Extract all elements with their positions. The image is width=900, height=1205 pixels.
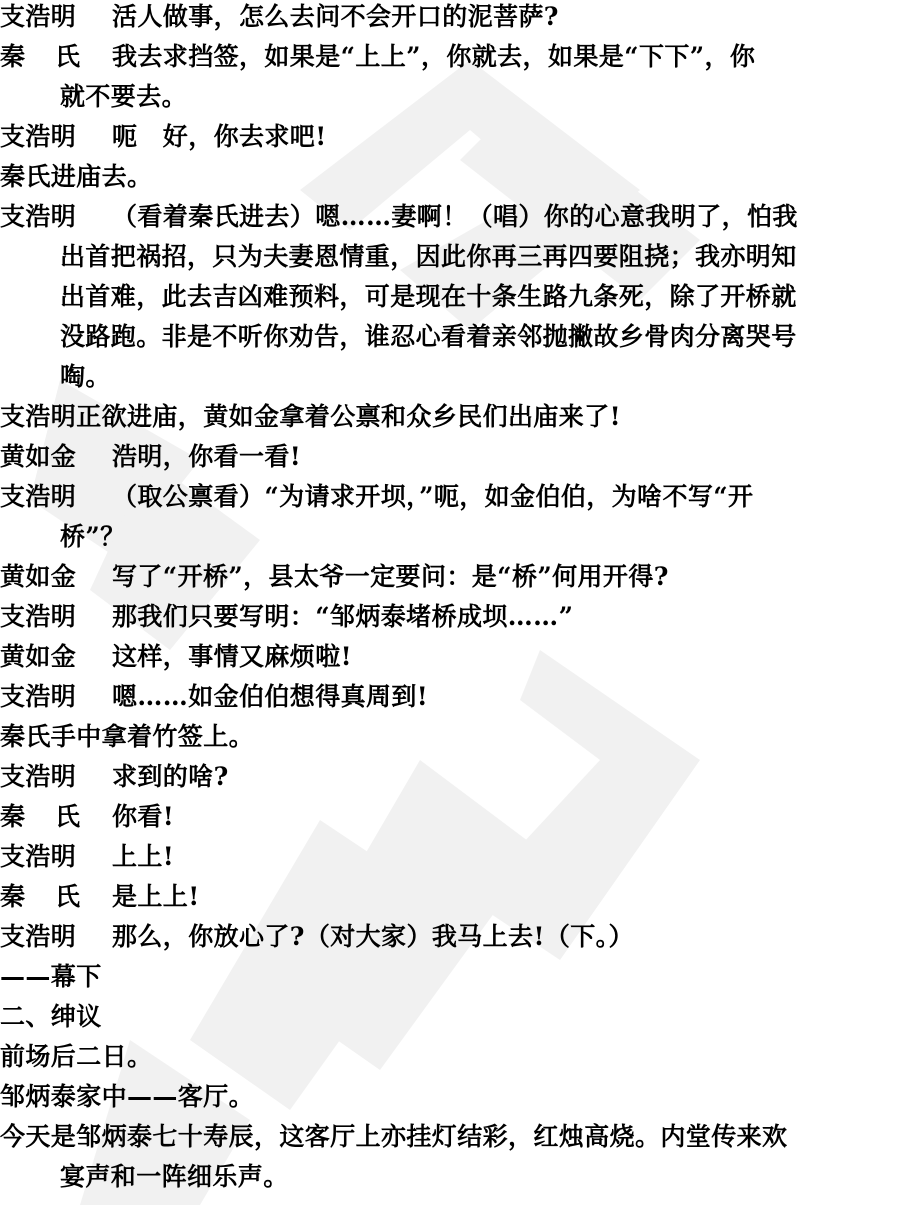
speaker-name: 支浩明 <box>0 597 112 637</box>
continuation-line: 啕。 <box>0 357 890 397</box>
stage-direction: 秦氏手中拿着竹签上。 <box>0 717 890 757</box>
speaker-name: 秦氏 <box>0 877 112 917</box>
dialogue-text: 呃 好，你去求吧! <box>112 122 327 151</box>
speaker-name: 支浩明 <box>0 197 112 237</box>
dialogue-line: 黄如金写了“开桥”，县太爷一定要问：是“桥”何用开得? <box>0 557 890 597</box>
dialogue-line: 支浩明活人做事，怎么去问不会开口的泥菩萨? <box>0 0 890 37</box>
dialogue-line: 支浩明那我们只要写明：“邹炳泰堵桥成坝……” <box>0 597 890 637</box>
dialogue-text: 上上! <box>112 842 174 871</box>
stage-direction: 今天是邹炳泰七十寿辰，这客厅上亦挂灯结彩，红烛高烧。内堂传来欢 <box>0 1117 890 1157</box>
speaker-name: 支浩明 <box>0 117 112 157</box>
dialogue-line: 支浩明（取公禀看）“为请求开坝，”呃，如金伯伯，为啥不写“开 <box>0 477 890 517</box>
speaker-name: 支浩明 <box>0 757 112 797</box>
dialogue-text: 嗯……如金伯伯想得真周到! <box>112 682 428 711</box>
stage-direction: 邹炳泰家中——客厅。 <box>0 1077 890 1117</box>
dialogue-text: 我去求挡签，如果是“上上”，你就去，如果是“下下”，你 <box>112 42 755 71</box>
continuation-line: 就不要去。 <box>0 77 890 117</box>
dialogue-text: 那么，你放心了?（对大家）我马上去!（下。） <box>112 922 634 951</box>
curtain-direction: ——幕下 <box>0 957 890 997</box>
dialogue-line: 黄如金这样，事情又麻烦啦! <box>0 637 890 677</box>
dialogue-line: 支浩明那么，你放心了?（对大家）我马上去!（下。） <box>0 917 890 957</box>
dialogue-text: 写了“开桥”，县太爷一定要问：是“桥”何用开得? <box>112 562 669 591</box>
speaker-name: 支浩明 <box>0 477 112 517</box>
dialogue-line: 黄如金浩明，你看一看! <box>0 437 890 477</box>
continuation-line: 没路跑。非是不听你劝告，谁忍心看着亲邻抛撇故乡骨肉分离哭号 <box>0 317 890 357</box>
continuation-line: 出首把祸招，只为夫妻恩情重，因此你再三再四要阻挠；我亦明知 <box>0 237 890 277</box>
dialogue-text: 是上上! <box>112 882 200 911</box>
speaker-name: 秦氏 <box>0 37 112 77</box>
stage-direction: 支浩明正欲进庙，黄如金拿着公禀和众乡民们出庙来了! <box>0 397 890 437</box>
dialogue-line: 支浩明上上! <box>0 837 890 877</box>
dialogue-text: 求到的啥? <box>112 762 229 791</box>
continuation-line: 桥”？ <box>0 517 890 557</box>
dialogue-text: 浩明，你看一看! <box>112 442 301 471</box>
dialogue-line: 秦氏我去求挡签，如果是“上上”，你就去，如果是“下下”，你 <box>0 37 890 77</box>
dialogue-line: 秦氏你看! <box>0 797 890 837</box>
dialogue-text: （看着秦氏进去）嗯……妻啊！（唱）你的心意我明了，怕我 <box>112 202 798 231</box>
dialogue-text: 你看! <box>112 802 174 831</box>
script-page: 支浩明活人做事，怎么去问不会开口的泥菩萨? 秦氏我去求挡签，如果是“上上”，你就… <box>0 0 890 1197</box>
stage-direction: 秦氏进庙去。 <box>0 157 890 197</box>
dialogue-line: 支浩明嗯……如金伯伯想得真周到! <box>0 677 890 717</box>
continuation-line: 宴声和一阵细乐声。 <box>0 1157 890 1197</box>
speaker-name: 支浩明 <box>0 837 112 877</box>
dialogue-text: 这样，事情又麻烦啦! <box>112 642 352 671</box>
dialogue-line: 支浩明（看着秦氏进去）嗯……妻啊！（唱）你的心意我明了，怕我 <box>0 197 890 237</box>
speaker-name: 支浩明 <box>0 917 112 957</box>
scene-heading: 二、绅议 <box>0 997 890 1037</box>
speaker-name: 黄如金 <box>0 437 112 477</box>
dialogue-text: （取公禀看）“为请求开坝，”呃，如金伯伯，为啥不写“开 <box>112 482 753 511</box>
continuation-line: 出首难，此去吉凶难预料，可是现在十条生路九条死，除了开桥就 <box>0 277 890 317</box>
dialogue-line: 支浩明求到的啥? <box>0 757 890 797</box>
dialogue-text: 那我们只要写明：“邹炳泰堵桥成坝……” <box>112 602 573 631</box>
speaker-name: 支浩明 <box>0 677 112 717</box>
dialogue-line: 支浩明呃 好，你去求吧! <box>0 117 890 157</box>
speaker-name: 秦氏 <box>0 797 112 837</box>
dialogue-line: 秦氏是上上! <box>0 877 890 917</box>
stage-direction: 前场后二日。 <box>0 1037 890 1077</box>
speaker-name: 黄如金 <box>0 557 112 597</box>
speaker-name: 黄如金 <box>0 637 112 677</box>
speaker-name: 支浩明 <box>0 0 112 37</box>
dialogue-text: 活人做事，怎么去问不会开口的泥菩萨? <box>112 2 559 31</box>
